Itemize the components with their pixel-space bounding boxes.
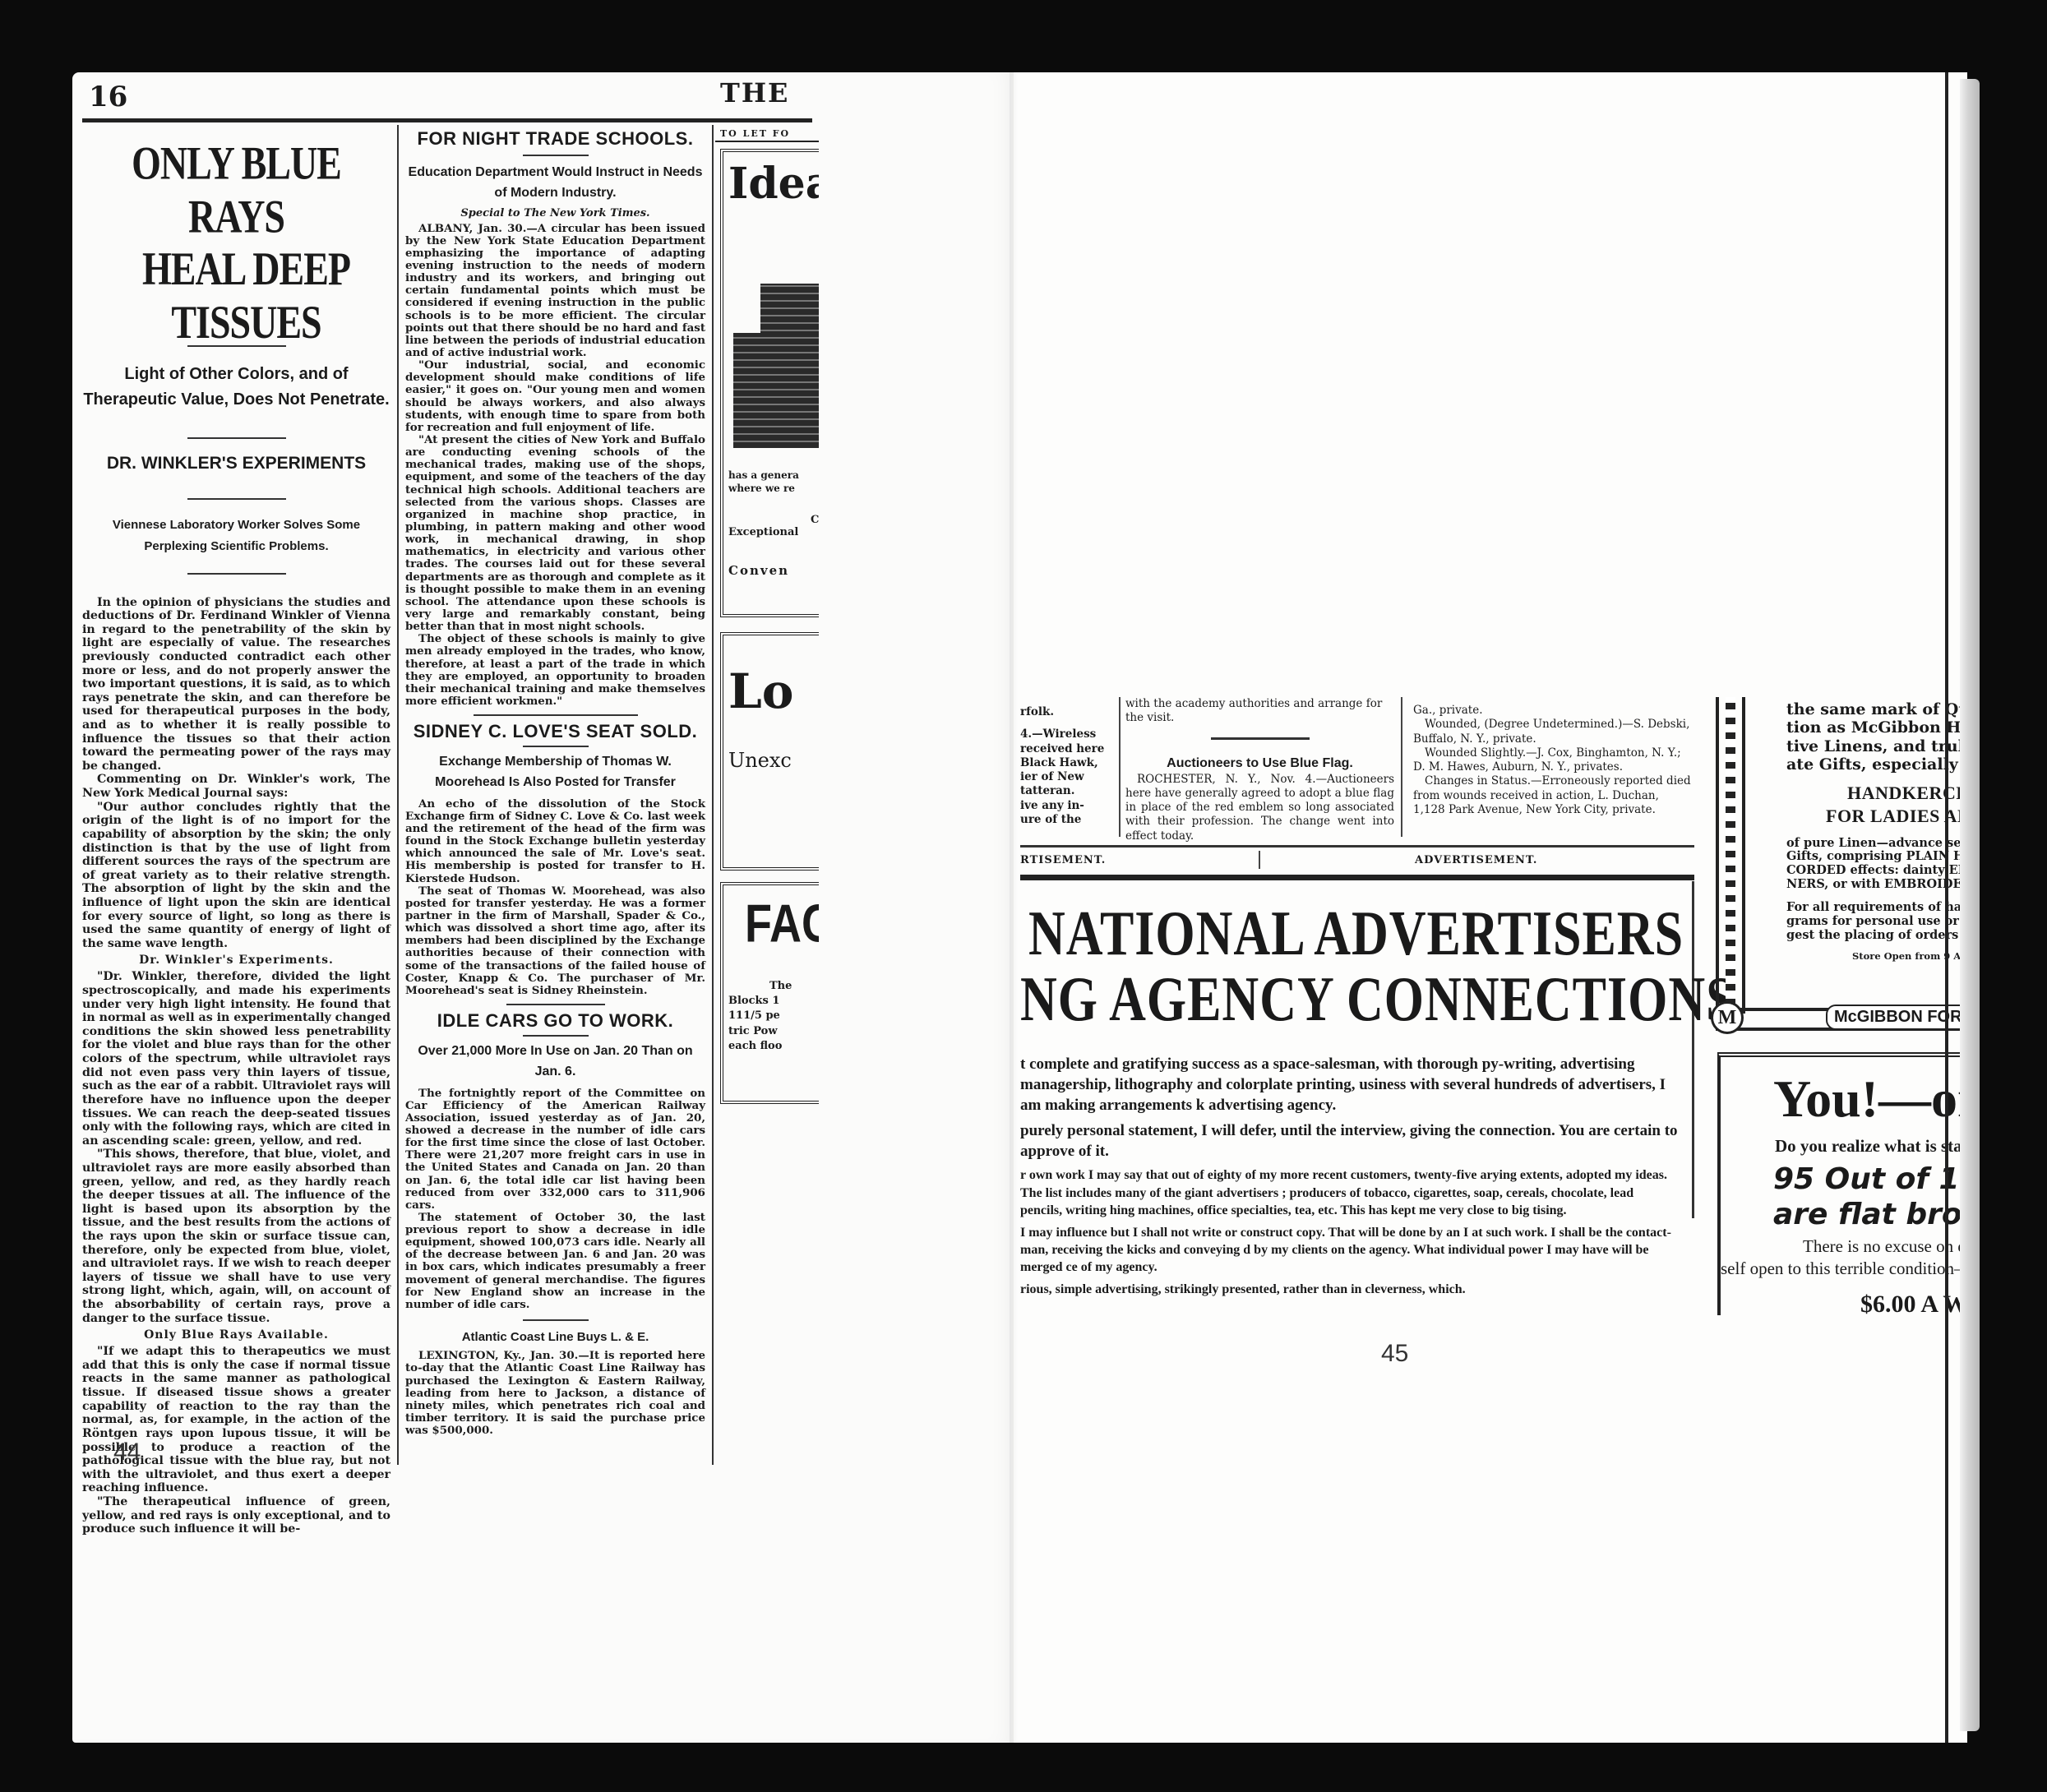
- advertisement-national-advertisers: NATIONAL ADVERTISERS NG AGENCY CONNECTIO…: [1020, 881, 1694, 1218]
- news-columns: rfolk. 4.—Wireless received here Black H…: [1020, 697, 1703, 841]
- left-page: 16 THE ONLY BLUE RAYS HEAL DEEP TISSUES …: [72, 72, 1014, 1743]
- ad-title: FAC: [745, 894, 814, 954]
- deck-2: DR. WINKLER'S EXPERIMENTS: [82, 454, 390, 473]
- headline-auctioneers: Auctioneers to Use Blue Flag.: [1125, 756, 1394, 771]
- paragraph: "At present the cities of New York and B…: [405, 434, 705, 633]
- paragraph: rious, simple advertising, strikingly pr…: [1020, 1281, 1678, 1298]
- article-body: In the opinion of physicians the studies…: [82, 596, 390, 1536]
- headline-atlantic-coast-line: Atlantic Coast Line Buys L. & E.: [405, 1328, 705, 1346]
- article-blue-rays: ONLY BLUE RAYS HEAL DEEP TISSUES Light o…: [82, 125, 390, 1536]
- headline-blue-rays: ONLY BLUE RAYS HEAL DEEP TISSUES: [82, 136, 390, 349]
- decorative-border: [1716, 697, 1745, 1014]
- subheading: Dr. Winkler's Experiments.: [82, 954, 390, 967]
- ad-title: Lo: [728, 663, 814, 719]
- divider: [474, 714, 638, 716]
- ad-headline-2: NG AGENCY CONNECTIONS: [1020, 963, 1735, 1037]
- headline-line-2: HEAL DEEP TISSUES: [82, 242, 390, 349]
- paragraph: "This shows, therefore, that blue, viole…: [82, 1148, 390, 1325]
- page-stack-edge: [1960, 79, 1980, 1731]
- paragraph: The seat of Thomas W. Moorehead, was als…: [405, 885, 705, 997]
- deck-1: Light of Other Colors, and of Therapeuti…: [82, 362, 390, 413]
- paragraph: "If we adapt this to therapeutics we mus…: [82, 1345, 390, 1495]
- divider: [187, 573, 286, 575]
- ad-text: Conven: [728, 563, 789, 578]
- newspaper-clipping-right: rfolk. 4.—Wireless received here Black H…: [1020, 697, 1974, 1420]
- newspaper-masthead-fragment: THE: [720, 77, 789, 109]
- divider: [1259, 851, 1260, 869]
- paragraph: The fortnightly report of the Committee …: [405, 1088, 705, 1212]
- paragraph: with the academy authorities and arrange…: [1125, 697, 1394, 726]
- page-edge-line: [1945, 72, 1948, 1743]
- column-2: FOR NIGHT TRADE SCHOOLS. Education Depar…: [397, 125, 714, 1465]
- book-gutter: [1010, 72, 1018, 1743]
- deck: Exchange Membership of Thomas W. Moorehe…: [405, 752, 705, 793]
- divider: [523, 746, 589, 747]
- divider: [1211, 737, 1310, 740]
- advertisement-label: RTISEMENT.: [1020, 854, 1106, 866]
- paragraph: The object of these schools is mainly to…: [405, 633, 705, 708]
- ad-column: TO LET FO Idea has a generawhere we re C…: [715, 125, 819, 1457]
- divider: [523, 1319, 589, 1321]
- ad-body: t complete and gratifying success as a s…: [1020, 1054, 1678, 1303]
- ad-headline-1: NATIONAL ADVERTISERS: [1028, 898, 1684, 971]
- ad-price: $6.00 A WE: [1860, 1291, 1972, 1315]
- ad-ideal: Idea has a generawhere we re CExceptiona…: [720, 149, 819, 617]
- mcgibbon-logo-icon: M: [1711, 1001, 1744, 1034]
- ad-header-to-let: TO LET FO: [715, 125, 819, 142]
- deck-3: Viennese Laboratory Worker Solves Some P…: [82, 515, 390, 558]
- ad-text: the same mark of Qualit tion as McGibbon…: [1786, 700, 1966, 962]
- paragraph: purely personal statement, I will defer,…: [1020, 1120, 1678, 1162]
- masthead-rule: [82, 118, 812, 122]
- ad-text: Unexc: [728, 749, 814, 772]
- ad-text: self open to this terrible condition—: [1721, 1259, 1972, 1279]
- paragraph: ROCHESTER, N. Y., Nov. 4.—Auctioneers he…: [1125, 773, 1394, 843]
- ad-you-on: You!—on S Do you realize what is staring…: [1717, 1052, 1972, 1315]
- ad-text: CExceptional: [728, 514, 819, 538]
- dateline: Special to The New York Times.: [405, 207, 705, 219]
- headline-line-1: ONLY BLUE RAYS: [132, 136, 341, 242]
- divider: [187, 437, 286, 439]
- divider: [506, 1004, 605, 1005]
- paragraph: ALBANY, Jan. 30.—A circular has been iss…: [405, 223, 705, 360]
- open-book: 16 THE ONLY BLUE RAYS HEAL DEEP TISSUES …: [72, 72, 1980, 1743]
- headline-love-seat-sold: SIDNEY C. LOVE'S SEAT SOLD.: [405, 721, 705, 742]
- page-number-right: 45: [1381, 1340, 1408, 1368]
- ad-fac: FAC The Blocks 1 111/5 pe tric Pow each …: [720, 882, 819, 1104]
- deck: Over 21,000 More In Use on Jan. 20 Than …: [405, 1041, 705, 1083]
- paragraph: In the opinion of physicians the studies…: [82, 596, 390, 774]
- paragraph: LEXINGTON, Ky., Jan. 30.—It is reported …: [405, 1350, 705, 1437]
- ad-title: Idea: [728, 159, 814, 209]
- column-fragment: rfolk. 4.—Wireless received here Black H…: [1020, 705, 1115, 827]
- article-body: ALBANY, Jan. 30.—A circular has been iss…: [405, 223, 705, 708]
- article-body: LEXINGTON, Ky., Jan. 30.—It is reported …: [405, 1350, 705, 1437]
- ad-text: The Blocks 1 111/5 pe tric Pow each floo: [728, 979, 814, 1054]
- article-body: An echo of the dissolution of the Stock …: [405, 798, 705, 997]
- divider: [523, 1035, 589, 1037]
- paragraph: "Dr. Winkler, therefore, divided the lig…: [82, 970, 390, 1148]
- headline-night-trade-schools: FOR NIGHT TRADE SCHOOLS.: [405, 128, 705, 150]
- ad-mcgibbon: M McGIBBON FOR QUA the same mark of Qual…: [1711, 697, 1966, 1042]
- paragraph: Commenting on Dr. Winkler's work, The Ne…: [82, 773, 390, 800]
- right-page: rfolk. 4.—Wireless received here Black H…: [1014, 72, 1967, 1743]
- paragraph: "The therapeutical influence of green, y…: [82, 1495, 390, 1536]
- subheading: Only Blue Rays Available.: [82, 1328, 390, 1342]
- ad-text: 95 Out of 100, a are flat broke—dou: [1773, 1162, 1972, 1232]
- newspaper-page-number: 16: [89, 81, 127, 113]
- article-auctioneers: with the academy authorities and arrange…: [1119, 697, 1402, 837]
- newspaper-clipping-left: 16 THE ONLY BLUE RAYS HEAL DEEP TISSUES …: [82, 72, 822, 1470]
- paragraph: An echo of the dissolution of the Stock …: [405, 798, 705, 885]
- ad-text: has a generawhere we re: [728, 469, 799, 495]
- divider: [1020, 875, 1694, 880]
- ad-text: Do you realize what is staring: [1775, 1136, 1972, 1157]
- divider: [523, 155, 589, 156]
- paragraph: The statement of October 30, the last pr…: [405, 1212, 705, 1311]
- page-number-left: 44: [113, 1439, 141, 1466]
- article-body: The fortnightly report of the Committee …: [405, 1088, 705, 1312]
- paragraph: "Our author concludes rightly that the o…: [82, 801, 390, 951]
- paragraph: r own work I may say that out of eighty …: [1020, 1166, 1678, 1218]
- paragraph: I may influence but I shall not write or…: [1020, 1224, 1678, 1276]
- building-illustration: [733, 284, 819, 448]
- advertisement-label: ADVERTISEMENT.: [1415, 854, 1537, 866]
- divider: [187, 498, 286, 500]
- paragraph: "Our industrial, social, and economic de…: [405, 359, 705, 434]
- ad-title: You!—on S: [1773, 1069, 1972, 1129]
- headline-idle-cars: IDLE CARS GO TO WORK.: [405, 1010, 705, 1032]
- ad-lo: Lo Unexc: [720, 632, 819, 871]
- casualty-list: Ga., private. Wounded, (Degree Undetermi…: [1413, 704, 1693, 817]
- deck: Education Department Would Instruct in N…: [405, 163, 705, 204]
- paragraph: t complete and gratifying success as a s…: [1020, 1054, 1678, 1115]
